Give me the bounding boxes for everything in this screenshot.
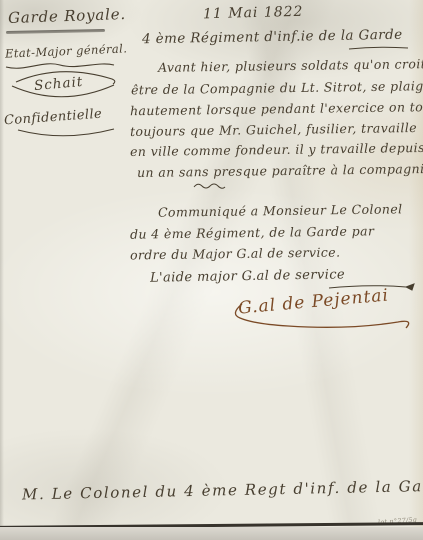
classification-underline-flourish [16,126,116,140]
address-line: M. Le Colonel du 4 ème Regt d'inf. de la… [22,476,423,503]
handwriting-line: Avant hier, plusieurs soldats qu'on croi… [158,56,423,75]
corps-heading: Garde Royale. [8,5,126,27]
closing-line: L'aide major G.al de service [150,267,345,285]
letter-date: 11 Mai 1822 [203,4,304,23]
handwriting-line: ordre du Major G.al de service. [130,245,341,263]
handwriting-line: toujours que Mr. Guichel, fusilier, trav… [130,120,417,139]
handwriting-line: hautement lorsque pendant l'exercice on … [130,99,423,119]
corps-heading-rule [6,29,105,34]
letter-paper: Garde Royale. Etat-Major général. Schait… [0,0,423,531]
handwriting-line: du 4 ème Régiment, de la Garde par [130,223,374,241]
handwriting-line: un an sans presque paraître à la compagn… [137,161,423,180]
handwriting-line: être de la Compagnie du Lt. Sitrot, se p… [131,78,423,98]
handwriting-line: Communiqué a Monsieur Le Colonel [158,201,403,219]
handwriting-line: en ville comme fondeur. il y travaille d… [130,140,423,159]
office-heading: Etat-Major général. [5,41,128,60]
heading-trailing-flourish [348,44,410,52]
signature-flourish [228,300,418,334]
scan-background-strip [0,527,423,540]
scanned-letter-page: { "colors": { "ink": "#473e2f", "signatu… [0,0,423,540]
paragraph-end-squiggle [192,181,226,191]
